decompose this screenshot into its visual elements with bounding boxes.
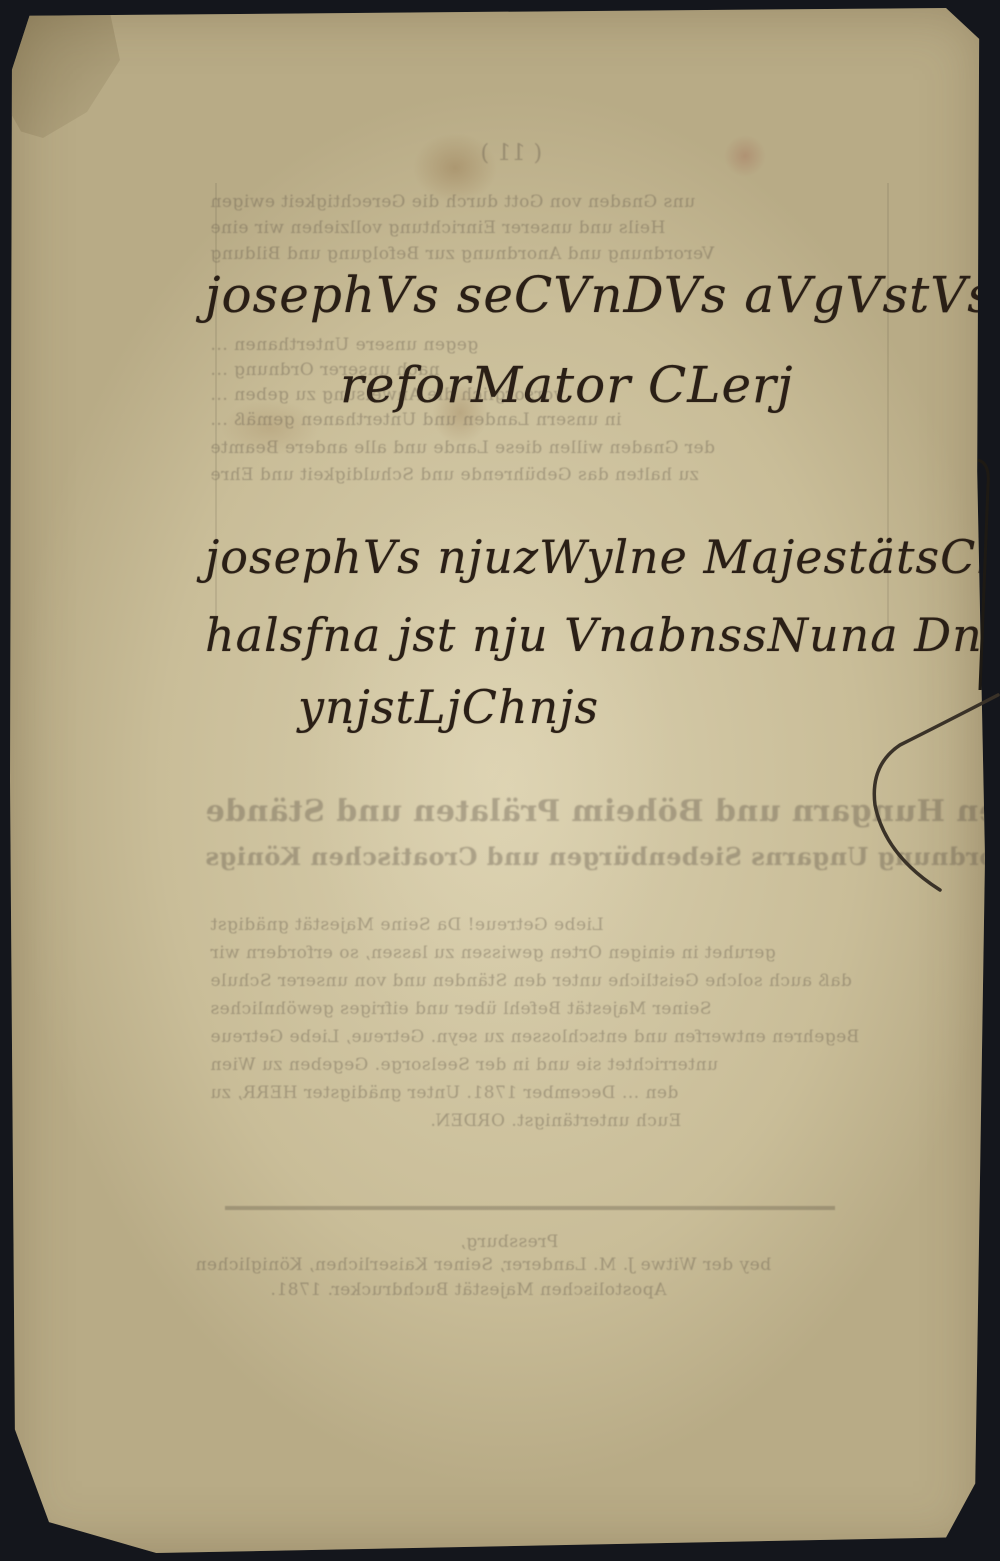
bleed-line: Begehren entwerfen und entschlossen zu s… [210,1025,859,1050]
handwritten-line: reforMator CLerj [340,356,793,414]
bleed-line: uns Gnaden von Gott durch die Gerechtigk… [210,190,695,215]
bleed-line: zu halten das Gebührende und Schuldigkei… [210,463,699,488]
bleed-line: Pressburg, [460,1230,558,1255]
bleed-line: Seiner Majestät Befehl über und eifriges… [210,997,711,1022]
handwritten-line: josephVs seCVnDVs aVgVstVs [205,266,994,324]
bleed-divider-rule [225,1206,835,1210]
handwritten-line: ynjstLjChnjs [298,680,599,734]
bleed-line: daß auch solche Geistliche unter den Stä… [210,969,852,994]
bleed-line: geruhet in einigen Orten gewissen zu las… [210,941,776,966]
bleed-line: der Gnaden willen diese Lande und alle a… [210,436,715,461]
bleed-line: bey der Witwe J. M. Landerer, Seiner Kai… [195,1253,771,1278]
folded-corner [10,8,120,138]
bleed-line: Apostolischen Majestät Buchdrucker. 1781… [270,1278,666,1303]
binding-thread-icon [860,445,1000,905]
bleed-line: Euch untertänigst. ORDEN. [430,1109,681,1134]
bleed-line: unterrichtet sie und in der Seelsorge. G… [210,1053,718,1078]
bleed-line: Liebe Getreue! Da Seine Majestät gnädigs… [210,913,604,938]
bleed-page-number: ( 11 ) [480,141,542,166]
bleed-line: gegen unsere Unterthanen ... [210,333,478,358]
bleed-line: Verordnung und Anordnung zur Befolgung u… [210,242,714,267]
bleed-line: Heils und unserer Einrichtung vollziehen… [210,216,665,241]
manuscript-page: ( 11 ) uns Gnaden von Gott durch die Ger… [10,8,985,1553]
bleed-line: den ... December 1781. Unter gnädigster … [210,1081,678,1106]
